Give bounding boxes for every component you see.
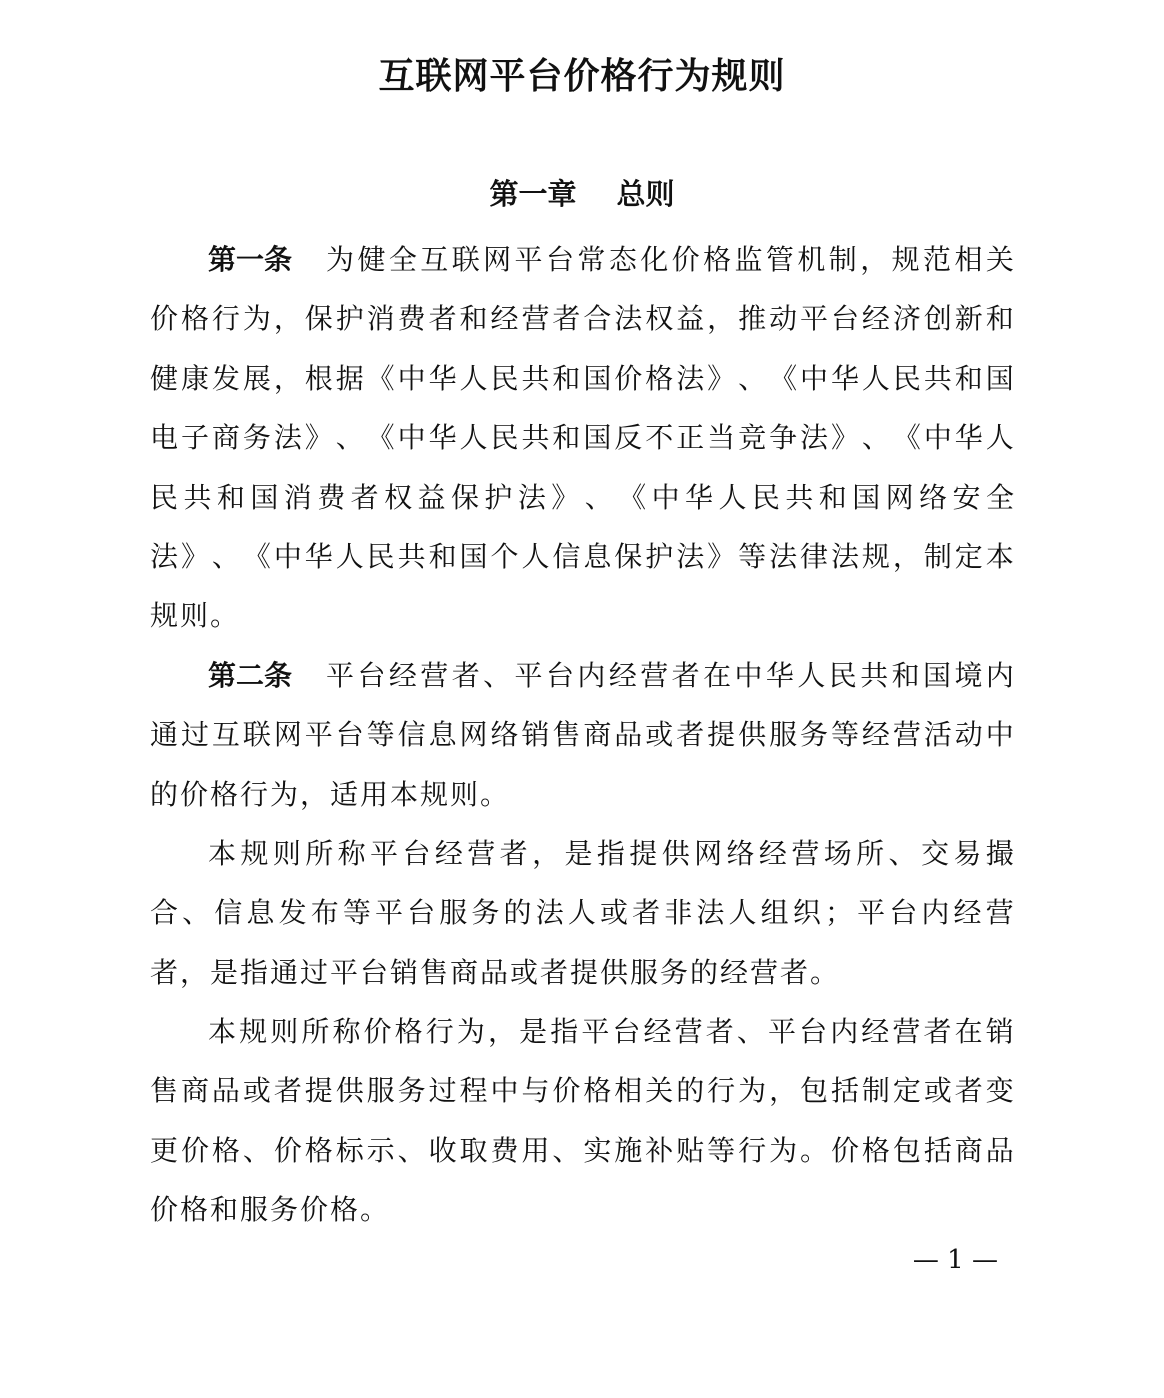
paragraph-line: 法》、《中华人民共和国个人信息保护法》等法律法规，制定本 [150, 527, 1014, 586]
document-body: 第一条为健全互联网平台常态化价格监管机制，规范相关价格行为，保护消费者和经营者合… [150, 230, 1014, 1240]
paragraph-line: 者，是指通过平台销售商品或者提供服务的经营者。 [150, 943, 1014, 1002]
paragraph-line: 价格和服务价格。 [150, 1180, 1014, 1239]
article-text: 平台经营者、平台内经营者在中华人民共和国境内 [326, 646, 1014, 705]
paragraph-line: 电子商务法》、《中华人民共和国反不正当竞争法》、《中华人 [150, 408, 1014, 467]
paragraph-line: 价格行为，保护消费者和经营者合法权益，推动平台经济创新和 [150, 289, 1014, 348]
paragraph-line: 通过互联网平台等信息网络销售商品或者提供服务等经营活动中 [150, 705, 1014, 764]
paragraph-line: 民共和国消费者权益保护法》、《中华人民共和国网络安全 [150, 468, 1014, 527]
chapter-number: 第一章 [489, 177, 576, 211]
chapter-heading: 第一章总则 [0, 172, 1164, 216]
paragraph-line: 合、信息发布等平台服务的法人或者非法人组织；平台内经营 [150, 883, 1014, 942]
paragraph-line: 本规则所称平台经营者，是指提供网络经营场所、交易撮 [150, 824, 1014, 883]
document-title: 互联网平台价格行为规则 [0, 52, 1164, 100]
paragraph-line: 售商品或者提供服务过程中与价格相关的行为，包括制定或者变 [150, 1061, 1014, 1120]
article-label: 第二条 [208, 646, 292, 705]
paragraph-line: 第二条平台经营者、平台内经营者在中华人民共和国境内 [150, 646, 1014, 705]
paragraph-line: 本规则所称价格行为，是指平台经营者、平台内经营者在销 [150, 1002, 1014, 1061]
paragraph-line: 更价格、价格标示、收取费用、实施补贴等行为。价格包括商品 [150, 1121, 1014, 1180]
article-text: 为健全互联网平台常态化价格监管机制，规范相关 [326, 230, 1014, 289]
page-number: — 1 — [913, 1240, 998, 1280]
paragraph-line: 规则。 [150, 586, 1014, 645]
paragraph-line: 健康发展，根据《中华人民共和国价格法》、《中华人民共和国 [150, 349, 1014, 408]
paragraph-line: 的价格行为，适用本规则。 [150, 765, 1014, 824]
chapter-name: 总则 [617, 177, 675, 211]
paragraph-line: 第一条为健全互联网平台常态化价格监管机制，规范相关 [150, 230, 1014, 289]
article-label: 第一条 [208, 230, 292, 289]
